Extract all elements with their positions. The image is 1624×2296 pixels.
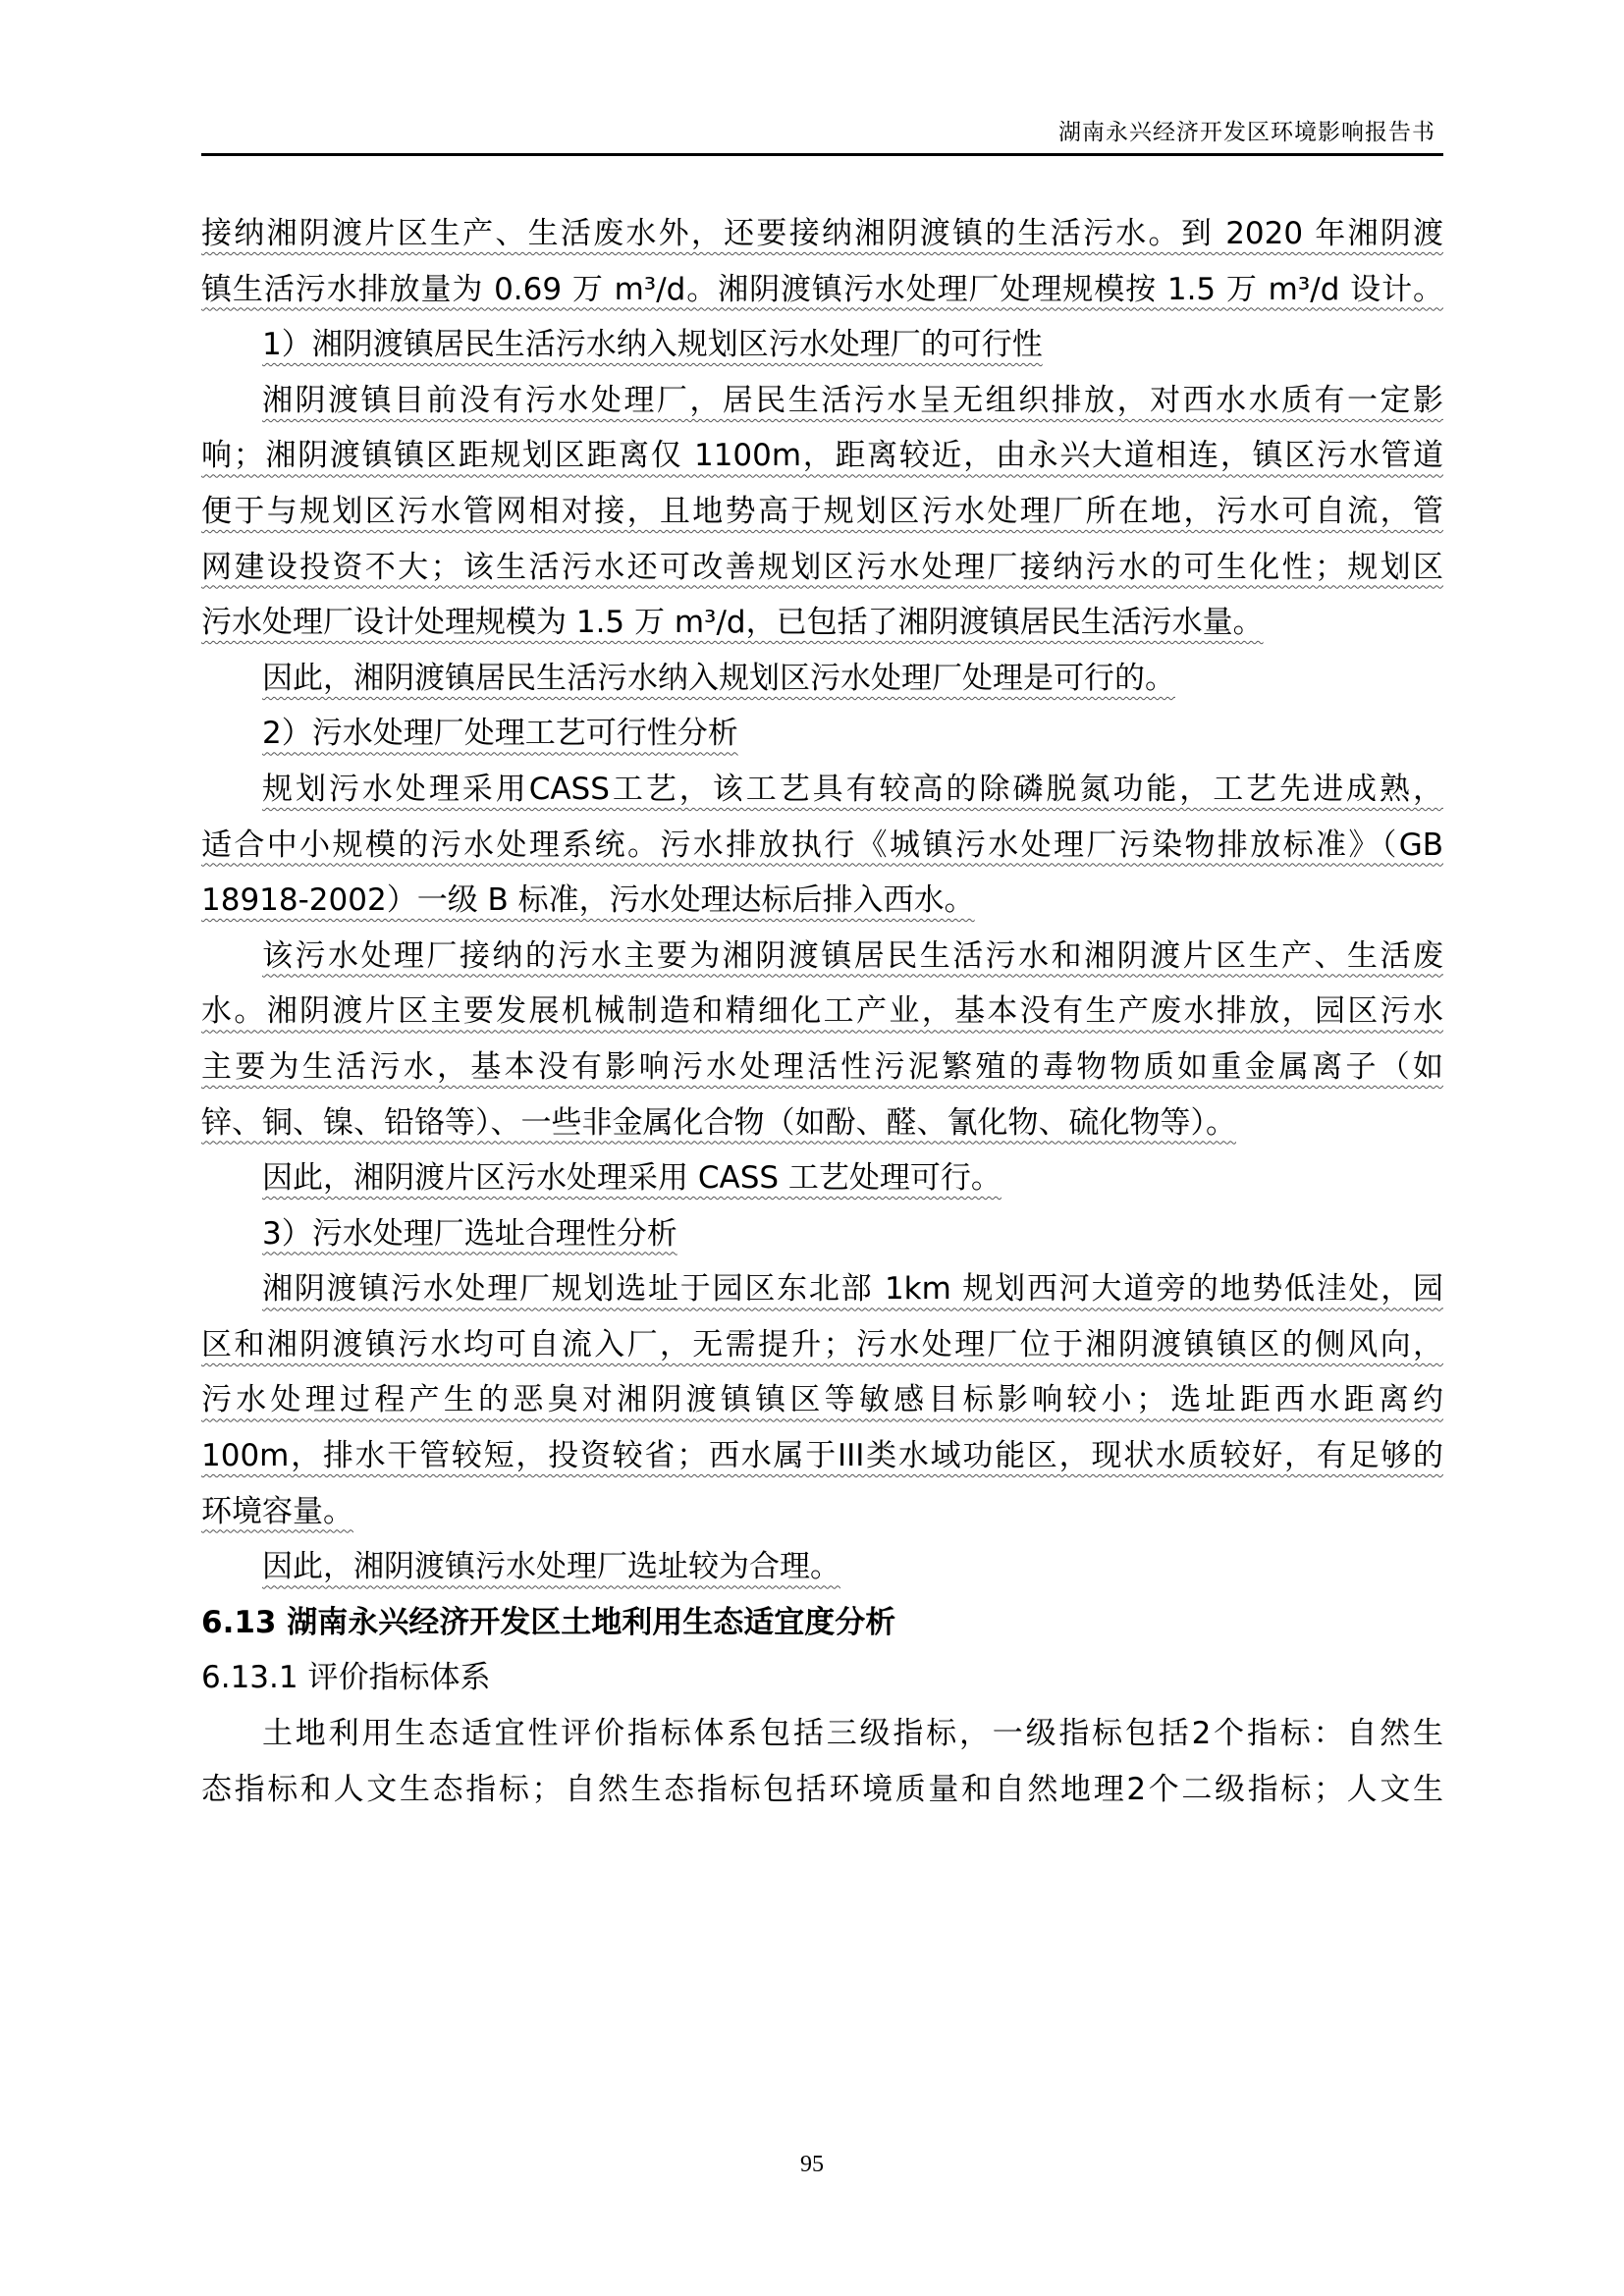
text-line: 规划污水处理采用CASS工艺，该工艺具有较高的除磷脱氮功能，工艺先进成熟， — [201, 770, 1443, 826]
text-line: 污水处理厂设计处理规模为 1.5 万 m³/d，已包括了湘阴渡镇居民生活污水量。 — [201, 603, 1443, 659]
line-text: 主要为生活污水，基本没有影响污水处理活性污泥繁殖的毒物物质如重金属离子（如 — [201, 1047, 1443, 1087]
text-line: 锌、铜、镍、铅铬等）、一些非金属化合物（如酚、醛、氰化物、硫化物等）。 — [201, 1103, 1443, 1159]
line-text: 便于与规划区污水管网相对接，且地势高于规划区污水处理厂所在地，污水可自流，管 — [201, 492, 1443, 531]
text-line: 水。湘阴渡片区主要发展机械制造和精细化工产业，基本没有生产废水排放，园区污水 — [201, 991, 1443, 1047]
line-text: 1）湘阴渡镇居民生活污水纳入规划区污水处理厂的可行性 — [262, 325, 1043, 364]
text-line: 镇生活污水排放量为 0.69 万 m³/d。湘阴渡镇污水处理厂处理规模按 1.5… — [201, 270, 1443, 326]
line-text: 适合中小规模的污水处理系统。污水排放执行《城镇污水处理厂污染物排放标准》（GB — [201, 826, 1443, 865]
text-line: 因此，湘阴渡镇污水处理厂选址较为合理。 — [201, 1547, 1443, 1603]
text-line: 100m，排水干管较短，投资较省；西水属于III类水域功能区，现状水质较好，有足… — [201, 1436, 1443, 1492]
header-title: 湖南永兴经济开发区环境影响报告书 — [1058, 114, 1435, 146]
text-line: 响；湘阴渡镇镇区距规划区距离仅 1100m，距离较近，由永兴大道相连，镇区污水管… — [201, 436, 1443, 492]
line-text: 因此，湘阴渡镇居民生活污水纳入规划区污水处理厂处理是可行的。 — [262, 659, 1175, 698]
page-header: 湖南永兴经济开发区环境影响报告书 — [201, 110, 1443, 156]
subsection-heading: 6.13.1 评价指标体系 — [201, 1658, 1443, 1714]
text-line: 适合中小规模的污水处理系统。污水排放执行《城镇污水处理厂污染物排放标准》（GB — [201, 826, 1443, 881]
line-text: 18918-2002）一级 B 标准，污水处理达标后排入西水。 — [201, 881, 975, 920]
text-line: 接纳湘阴渡片区生产、生活废水外，还要接纳湘阴渡镇的生活污水。到 2020 年湘阴… — [201, 214, 1443, 270]
text-line: 因此，湘阴渡片区污水处理采用 CASS 工艺处理可行。 — [201, 1158, 1443, 1214]
line-text: 锌、铜、镍、铅铬等）、一些非金属化合物（如酚、醛、氰化物、硫化物等）。 — [201, 1103, 1236, 1143]
text-line: 便于与规划区污水管网相对接，且地势高于规划区污水处理厂所在地，污水可自流，管 — [201, 492, 1443, 548]
line-text: 响；湘阴渡镇镇区距规划区距离仅 1100m，距离较近，由永兴大道相连，镇区污水管… — [201, 436, 1443, 475]
line-text: 湘阴渡镇目前没有污水处理厂，居民生活污水呈无组织排放，对西水水质有一定影 — [262, 381, 1443, 420]
text-line: 湘阴渡镇目前没有污水处理厂，居民生活污水呈无组织排放，对西水水质有一定影 — [201, 381, 1443, 437]
text-line: 1）湘阴渡镇居民生活污水纳入规划区污水处理厂的可行性 — [201, 325, 1443, 381]
line-text: 该污水处理厂接纳的污水主要为湘阴渡镇居民生活污水和湘阴渡片区生产、生活废 — [262, 936, 1443, 976]
text-line: 湘阴渡镇污水处理厂规划选址于园区东北部 1km 规划西河大道旁的地势低洼处，园 — [201, 1269, 1443, 1325]
line-text: 污水处理厂设计处理规模为 1.5 万 m³/d，已包括了湘阴渡镇居民生活污水量。 — [201, 603, 1264, 642]
text-line: 态指标和人文生态指标；自然生态指标包括环境质量和自然地理2个二级指标；人文生 — [201, 1770, 1443, 1826]
section-heading: 6.13 湖南永兴经济开发区土地利用生态适宜度分析 — [201, 1603, 1443, 1659]
line-text: 接纳湘阴渡片区生产、生活废水外，还要接纳湘阴渡镇的生活污水。到 2020 年湘阴… — [201, 214, 1443, 253]
text-line: 区和湘阴渡镇污水均可自流入厂，无需提升；污水处理厂位于湘阴渡镇镇区的侧风向， — [201, 1325, 1443, 1381]
line-text: 6.13.1 评价指标体系 — [201, 1658, 490, 1697]
line-text: 土地利用生态适宜性评价指标体系包括三级指标，一级指标包括2个指标：自然生 — [262, 1714, 1443, 1753]
line-text: 规划污水处理采用CASS工艺，该工艺具有较高的除磷脱氮功能，工艺先进成熟， — [262, 770, 1443, 809]
line-text: 镇生活污水排放量为 0.69 万 m³/d。湘阴渡镇污水处理厂处理规模按 1.5… — [201, 270, 1443, 309]
line-text: 水。湘阴渡片区主要发展机械制造和精细化工产业，基本没有生产废水排放，园区污水 — [201, 991, 1443, 1031]
line-text: 6.13 湖南永兴经济开发区土地利用生态适宜度分析 — [201, 1603, 895, 1642]
text-line: 3）污水处理厂选址合理性分析 — [201, 1214, 1443, 1270]
line-text: 湘阴渡镇污水处理厂规划选址于园区东北部 1km 规划西河大道旁的地势低洼处，园 — [262, 1269, 1443, 1308]
text-line: 环境容量。 — [201, 1492, 1443, 1548]
document-body: 接纳湘阴渡片区生产、生活废水外，还要接纳湘阴渡镇的生活污水。到 2020 年湘阴… — [201, 214, 1443, 1825]
line-text: 网建设投资不大；该生活污水还可改善规划区污水处理厂接纳污水的可生化性；规划区 — [201, 548, 1443, 587]
line-text: 3）污水处理厂选址合理性分析 — [262, 1214, 677, 1254]
text-line: 因此，湘阴渡镇居民生活污水纳入规划区污水处理厂处理是可行的。 — [201, 659, 1443, 715]
line-text: 区和湘阴渡镇污水均可自流入厂，无需提升；污水处理厂位于湘阴渡镇镇区的侧风向， — [201, 1325, 1443, 1364]
line-text: 2）污水处理厂处理工艺可行性分析 — [262, 714, 738, 753]
text-line: 主要为生活污水，基本没有影响污水处理活性污泥繁殖的毒物物质如重金属离子（如 — [201, 1047, 1443, 1103]
line-text: 因此，湘阴渡片区污水处理采用 CASS 工艺处理可行。 — [262, 1158, 1001, 1198]
text-line: 网建设投资不大；该生活污水还可改善规划区污水处理厂接纳污水的可生化性；规划区 — [201, 548, 1443, 604]
text-line: 18918-2002）一级 B 标准，污水处理达标后排入西水。 — [201, 881, 1443, 936]
page-number: 95 — [0, 2152, 1624, 2178]
line-text: 因此，湘阴渡镇污水处理厂选址较为合理。 — [262, 1547, 840, 1586]
line-text: 污水处理过程产生的恶臭对湘阴渡镇镇区等敏感目标影响较小；选址距西水距离约 — [201, 1380, 1443, 1419]
text-line: 该污水处理厂接纳的污水主要为湘阴渡镇居民生活污水和湘阴渡片区生产、生活废 — [201, 936, 1443, 992]
text-line: 污水处理过程产生的恶臭对湘阴渡镇镇区等敏感目标影响较小；选址距西水距离约 — [201, 1380, 1443, 1436]
line-text: 环境容量。 — [201, 1492, 353, 1531]
text-line: 土地利用生态适宜性评价指标体系包括三级指标，一级指标包括2个指标：自然生 — [201, 1714, 1443, 1770]
text-line: 2）污水处理厂处理工艺可行性分析 — [201, 714, 1443, 770]
line-text: 态指标和人文生态指标；自然生态指标包括环境质量和自然地理2个二级指标；人文生 — [201, 1770, 1443, 1809]
line-text: 100m，排水干管较短，投资较省；西水属于III类水域功能区，现状水质较好，有足… — [201, 1436, 1443, 1475]
